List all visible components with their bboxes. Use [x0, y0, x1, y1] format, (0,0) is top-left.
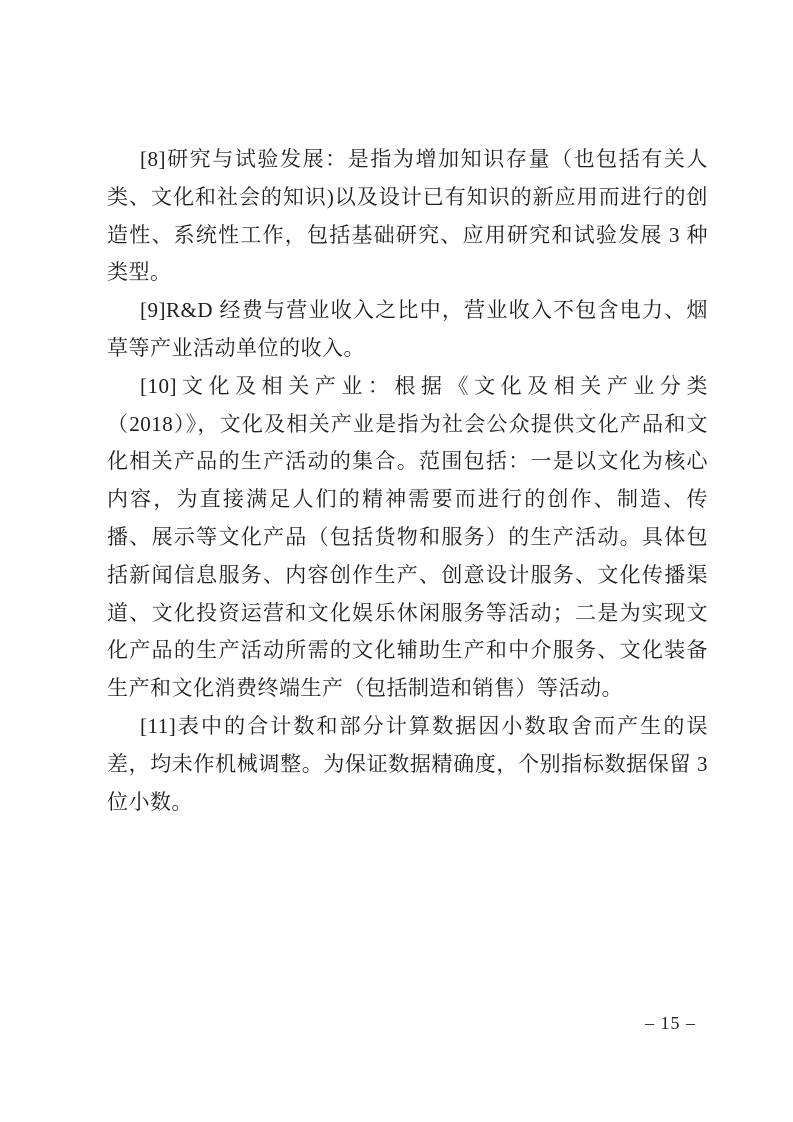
- footnote-8: [8]研究与试验发展：是指为增加知识存量（也包括有关人类、文化和社会的知识)以及…: [107, 141, 708, 292]
- page-number: – 15 –: [628, 1013, 713, 1034]
- footnote-9: [9]R&D 经费与营业收入之比中，营业收入不包含电力、烟草等产业活动单位的收入…: [107, 292, 708, 368]
- document-page: [8]研究与试验发展：是指为增加知识存量（也包括有关人类、文化和社会的知识)以及…: [0, 0, 793, 1122]
- footnote-11: [11]表中的合计数和部分计算数据因小数取舍而产生的误差，均未作机械调整。为保证…: [107, 708, 708, 821]
- footnote-10: [10]文化及相关产业：根据《文化及相关产业分类（2018）》，文化及相关产业是…: [107, 368, 708, 708]
- notes-section: [8]研究与试验发展：是指为增加知识存量（也包括有关人类、文化和社会的知识)以及…: [107, 141, 708, 821]
